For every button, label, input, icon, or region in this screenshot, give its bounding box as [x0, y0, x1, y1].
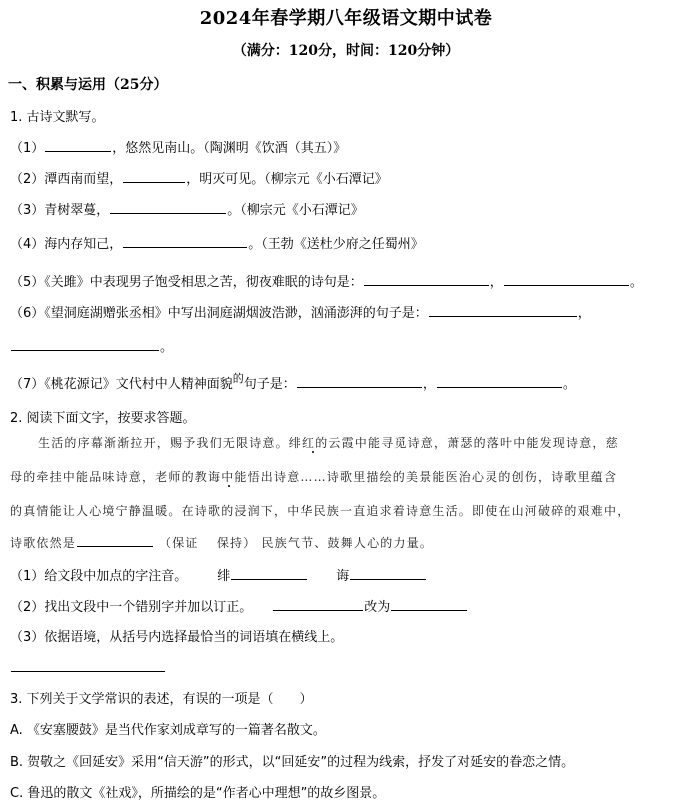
answer-blank[interactable]	[45, 138, 111, 152]
q1-item-6: （6）《望洞庭湖赠张丞相》中写出洞庭湖烟波浩渺，汹涌澎湃的句子是：，	[10, 302, 591, 321]
passage-line-1: 生活的序幕渐渐拉开，赐予我们无限诗意。绯红的云霞中能寻觅诗意，萧瑟的落叶中能发现…	[38, 434, 619, 451]
q3-option-a[interactable]: A. 《安塞腰鼓》是当代作家刘成章写的一篇著名散文。	[10, 719, 326, 738]
q2-sub-2: （2）找出文段中一个错别字并加以订正。改为	[10, 596, 468, 615]
item-text: 句子是：	[244, 377, 296, 392]
answer-blank[interactable]	[231, 566, 307, 580]
q3-prompt: 3. 下列关于文学常识的表述，有误的一项是（ ）	[10, 688, 313, 707]
item-text: 海内存知己，	[44, 237, 122, 252]
answer-blank[interactable]	[437, 374, 562, 388]
q1-item-3: （3）青树翠蔓，。（柳宗元《小石潭记》	[10, 199, 364, 218]
q2-sub-1: （1）给文段中加点的字注音。绯诲	[10, 565, 427, 584]
answer-blank[interactable]	[364, 272, 489, 286]
passage-line-2: 母的牵挂中能品味诗意，老师的教诲中能悟出诗意……诗歌里描绘的美景能医治心灵的创伤…	[10, 468, 617, 485]
char-label: 绯	[217, 569, 230, 584]
exam-subtitle: （满分：120分，时间：120分钟）	[0, 40, 692, 60]
answer-blank[interactable]	[11, 658, 165, 672]
answer-blank[interactable]	[77, 533, 153, 547]
char-label: 诲	[336, 569, 349, 584]
q3-option-b[interactable]: B. 贺敬之《回延安》采用“信天游”的形式，以“回延安”的过程为线索，抒发了对延…	[10, 751, 574, 770]
passage-line-4: 诗歌依然是 （保证 保持） 民族气节、鼓舞人心的力量。	[10, 533, 433, 551]
q1-item-2: （2）潭西南而望，，明灭可见。（柳宗元《小石潭记》	[10, 168, 388, 187]
item-text: ，	[490, 275, 503, 290]
item-text: 。	[563, 377, 576, 392]
answer-blank[interactable]	[350, 566, 426, 580]
item-text: 《望洞庭湖赠张丞相》中写出洞庭湖烟波浩渺，汹涌澎湃的句子是：	[44, 306, 428, 321]
item-number: （4）	[10, 237, 44, 252]
item-text: 。	[630, 275, 643, 290]
q1-item-7: （7）《桃花源记》文代村中人精神面貌的句子是：，。	[10, 373, 576, 392]
q3-option-c[interactable]: C. 鲁迅的散文《社戏》，所描绘的是“作者心中理想”的故乡图景。	[10, 782, 385, 801]
item-text: 青树翠蔓，	[44, 203, 109, 218]
answer-blank[interactable]	[123, 169, 185, 183]
passage-text: 民族气节、鼓舞人心的力量。	[261, 536, 433, 550]
answer-blank[interactable]	[429, 303, 577, 317]
answer-blank[interactable]	[123, 234, 247, 248]
item-number: （7）	[10, 377, 44, 392]
q1-item-5: （5）《关雎》中表现男子饱受相思之苦，彻夜难眠的诗句是：，。	[10, 271, 643, 290]
item-text: 。（王勃《送杜少府之任蜀州》	[248, 237, 424, 252]
q2-prompt: 2. 阅读下面文字，按要求答题。	[10, 407, 196, 426]
emphasis-dot	[312, 451, 314, 453]
item-text: 。	[160, 340, 173, 355]
passage-line-3: 的真情能让人心境宁静温暖。在诗歌的浸润下，中华民族一直追求着诗意生活。即使在山河…	[10, 502, 630, 519]
passage-text: 诗歌依然是	[10, 536, 76, 550]
emphasis-dot	[228, 485, 230, 487]
item-number: （2）	[10, 172, 44, 187]
answer-blank[interactable]	[273, 597, 363, 611]
item-text: ，悠然见南山。（陶渊明《饮酒（其五）》	[112, 141, 346, 156]
item-text: 潭西南而望，	[44, 172, 122, 187]
item-text: 的	[233, 372, 244, 385]
q1-item-1: （1），悠然见南山。（陶渊明《饮酒（其五）》	[10, 137, 346, 156]
exam-title: 2024年春学期八年级语文期中试卷	[0, 4, 692, 30]
section-heading: 一、积累与运用（25分）	[8, 74, 167, 94]
item-text: ，明灭可见。（柳宗元《小石潭记》	[186, 172, 388, 187]
answer-blank[interactable]	[110, 200, 226, 214]
item-text: ，	[578, 306, 591, 321]
answer-blank[interactable]	[11, 337, 159, 351]
item-text: 《关雎》中表现男子饱受相思之苦，彻夜难眠的诗句是：	[44, 275, 363, 290]
change-label: 改为	[364, 600, 390, 615]
sub-question-text: （2）找出文段中一个错别字并加以订正。	[10, 600, 252, 615]
item-text: 《桃花源记》文代村中人精神面貌	[44, 377, 233, 392]
item-number: （5）	[10, 275, 44, 290]
item-number: （6）	[10, 306, 44, 321]
q1-item-4: （4）海内存知己，。（王勃《送杜少府之任蜀州》	[10, 233, 424, 252]
item-number: （3）	[10, 203, 44, 218]
item-number: （1）	[10, 141, 44, 156]
answer-blank[interactable]	[504, 272, 629, 286]
sub-question-text: （1）给文段中加点的字注音。	[10, 569, 187, 584]
item-text: ，	[423, 377, 436, 392]
word-options: （保证 保持）	[159, 536, 256, 550]
item-text: 。（柳宗元《小石潭记》	[227, 203, 364, 218]
q1-prompt: 1. 古诗文默写。	[10, 106, 105, 125]
q2-sub-3: （3）依据语境，从括号内选择最恰当的词语填在横线上。	[10, 626, 343, 645]
q1-item-6-cont: 。	[10, 336, 173, 355]
q2-sub-3-answer	[10, 658, 166, 676]
answer-blank[interactable]	[297, 374, 422, 388]
answer-blank[interactable]	[391, 597, 467, 611]
